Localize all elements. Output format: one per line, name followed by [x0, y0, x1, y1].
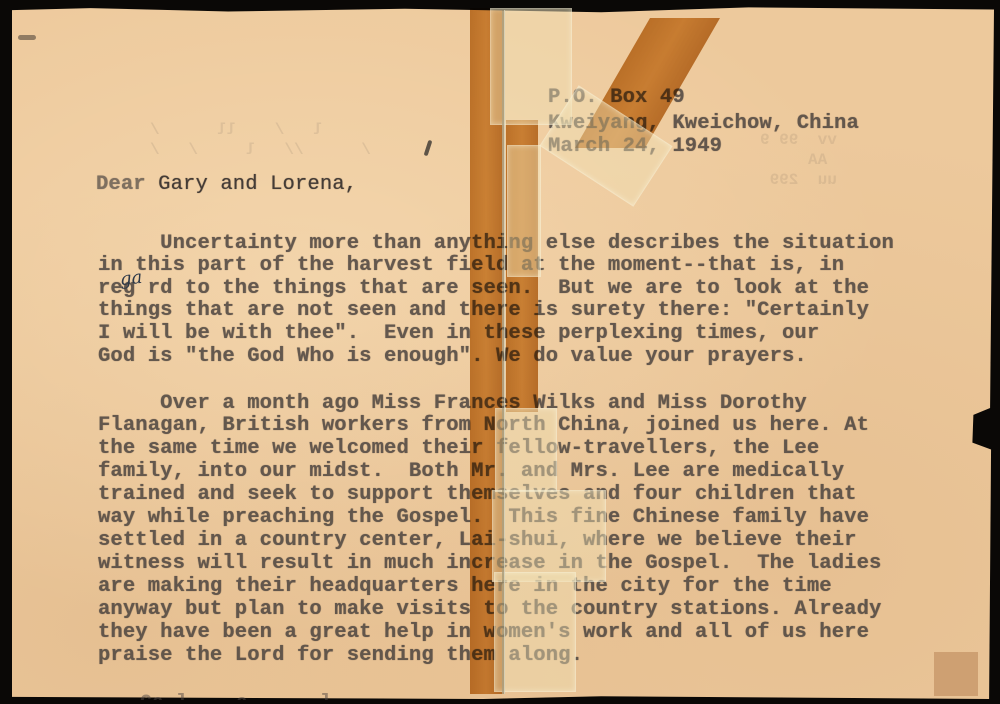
clear-tape-bottom [494, 572, 576, 692]
clear-tape-lower-2 [492, 490, 606, 582]
paper-stain [934, 652, 978, 696]
cut-off-text-line: Ca l a l [140, 692, 380, 700]
paragraph-2-line: are making their headquarters here in th… [98, 575, 832, 598]
salutation-names: Gary and Lorena, [146, 173, 357, 196]
salutation-dear: Dear [96, 173, 146, 196]
bleed-through-text: l / ll / / // l / / [150, 120, 400, 160]
paragraph-1-line: I will be with thee". Even in these perp… [98, 322, 819, 345]
bleed-through-text: vv 99 9 AA uu 299 [760, 130, 856, 190]
salutation: Dear Gary and Lorena, [96, 173, 357, 196]
scanned-letter: l / ll / / // l / / vv 99 9 AA uu 299 P.… [0, 0, 1000, 704]
ink-smudge [18, 35, 36, 40]
paragraph-2-line: Over a month ago Miss Frances Wilks and … [98, 392, 807, 415]
paragraph-2-line: the same time we welcomed their fellow-t… [98, 437, 819, 460]
paragraph-1-line: God is "the God Who is enough". We do va… [98, 345, 807, 368]
paper-fold-highlight [504, 10, 505, 694]
handwritten-correction: ga [119, 267, 143, 290]
clear-tape-mid [507, 145, 541, 277]
